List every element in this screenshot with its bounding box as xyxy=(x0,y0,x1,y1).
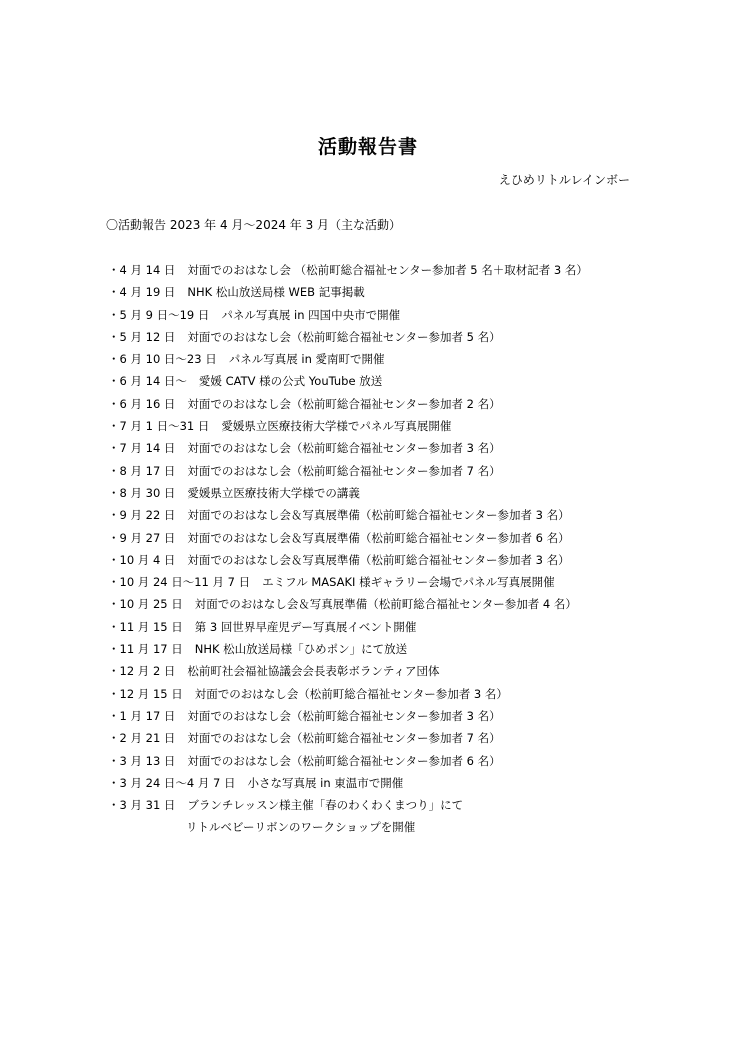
activity-item: ・11 月 15 日第 3 回世界早産児デー写真展イベント開催 xyxy=(108,619,588,641)
activity-text: 小さな写真展 in 東温市で開催 xyxy=(248,776,404,790)
activity-text: 愛媛 CATV 様の公式 YouTube 放送 xyxy=(199,374,382,388)
activity-text: 対面でのおはなし会＆写真展準備（松前町総合福祉センター参加者 4 名） xyxy=(195,597,577,611)
activity-text: 対面でのおはなし会（松前町総合福祉センター参加者 6 名） xyxy=(187,754,500,768)
activity-date: ・5 月 9 日～19 日 xyxy=(108,307,209,323)
activity-item: ・7 月 1 日～31 日愛媛県立医療技術大学様でパネル写真展開催 xyxy=(108,418,588,440)
activity-date: ・7 月 14 日 xyxy=(108,440,175,456)
page-title: 活動報告書 xyxy=(0,132,736,159)
activity-text: 松前町社会福祉協議会会長表彰ボランティア団体 xyxy=(187,664,439,678)
activity-text: 対面でのおはなし会（松前町総合福祉センター参加者 3 名） xyxy=(187,441,500,455)
activity-text: 対面でのおはなし会（松前町総合福祉センター参加者 3 名） xyxy=(195,687,508,701)
activity-date: ・11 月 15 日 xyxy=(108,619,183,635)
activity-text: パネル写真展 in 愛南町で開催 xyxy=(229,352,385,366)
activity-text: 対面でのおはなし会＆写真展準備（松前町総合福祉センター参加者 6 名） xyxy=(187,531,569,545)
activity-text: エミフル MASAKI 様ギャラリー会場でパネル写真展開催 xyxy=(262,575,554,589)
activity-text: 対面でのおはなし会（松前町総合福祉センター参加者 7 名） xyxy=(187,464,500,478)
activity-item: ・8 月 30 日愛媛県立医療技術大学様での講義 xyxy=(108,485,588,507)
activity-date: ・4 月 14 日 xyxy=(108,262,175,278)
activity-item: ・12 月 15 日対面でのおはなし会（松前町総合福祉センター参加者 3 名） xyxy=(108,686,588,708)
activity-item: ・3 月 13 日対面でのおはなし会（松前町総合福祉センター参加者 6 名） xyxy=(108,753,588,775)
activity-list: ・4 月 14 日対面でのおはなし会 （松前町総合福祉センター参加者 5 名＋取… xyxy=(108,262,588,841)
activity-item: ・3 月 31 日ブランチレッスン様主催「春のわくわくまつり」にてリトルベビーリ… xyxy=(108,797,588,841)
activity-item: ・8 月 17 日対面でのおはなし会（松前町総合福祉センター参加者 7 名） xyxy=(108,463,588,485)
activity-date: ・6 月 14 日～ xyxy=(108,373,187,389)
activity-text: 対面でのおはなし会（松前町総合福祉センター参加者 2 名） xyxy=(187,397,500,411)
activity-date: ・2 月 21 日 xyxy=(108,730,175,746)
activity-date: ・3 月 24 日～4 月 7 日 xyxy=(108,775,236,791)
organization-name: えひめリトルレインボー xyxy=(499,171,630,188)
activity-date: ・5 月 12 日 xyxy=(108,329,175,345)
activity-date: ・6 月 16 日 xyxy=(108,396,175,412)
activity-date: ・3 月 13 日 xyxy=(108,753,175,769)
activity-text: 対面でのおはなし会 （松前町総合福祉センター参加者 5 名＋取材記者 3 名） xyxy=(187,263,587,277)
activity-item: ・1 月 17 日対面でのおはなし会（松前町総合福祉センター参加者 3 名） xyxy=(108,708,588,730)
activity-text: NHK 松山放送局様「ひめポン」にて放送 xyxy=(195,642,407,656)
activity-item: ・5 月 12 日対面でのおはなし会（松前町総合福祉センター参加者 5 名） xyxy=(108,329,588,351)
activity-item: ・9 月 22 日対面でのおはなし会＆写真展準備（松前町総合福祉センター参加者 … xyxy=(108,507,588,529)
activity-date: ・4 月 19 日 xyxy=(108,284,175,300)
activity-text: 第 3 回世界早産児デー写真展イベント開催 xyxy=(195,620,417,634)
activity-date: ・12 月 2 日 xyxy=(108,663,175,679)
activity-date: ・8 月 17 日 xyxy=(108,463,175,479)
activity-text: 愛媛県立医療技術大学様でパネル写真展開催 xyxy=(221,419,451,433)
activity-date: ・11 月 17 日 xyxy=(108,641,183,657)
activity-date: ・10 月 25 日 xyxy=(108,596,183,612)
activity-item: ・3 月 24 日～4 月 7 日小さな写真展 in 東温市で開催 xyxy=(108,775,588,797)
activity-item: ・7 月 14 日対面でのおはなし会（松前町総合福祉センター参加者 3 名） xyxy=(108,440,588,462)
activity-item: ・6 月 14 日～愛媛 CATV 様の公式 YouTube 放送 xyxy=(108,373,588,395)
activity-text-continuation: リトルベビーリボンのワークショップを開催 xyxy=(108,819,588,835)
activity-item: ・10 月 25 日対面でのおはなし会＆写真展準備（松前町総合福祉センター参加者… xyxy=(108,596,588,618)
activity-date: ・10 月 4 日 xyxy=(108,552,175,568)
activity-date: ・12 月 15 日 xyxy=(108,686,183,702)
activity-text: 対面でのおはなし会＆写真展準備（松前町総合福祉センター参加者 3 名） xyxy=(187,508,569,522)
activity-text: 対面でのおはなし会（松前町総合福祉センター参加者 7 名） xyxy=(187,731,500,745)
activity-date: ・6 月 10 日～23 日 xyxy=(108,351,217,367)
activity-date: ・9 月 27 日 xyxy=(108,530,175,546)
activity-item: ・10 月 24 日～11 月 7 日エミフル MASAKI 様ギャラリー会場で… xyxy=(108,574,588,596)
activity-item: ・4 月 14 日対面でのおはなし会 （松前町総合福祉センター参加者 5 名＋取… xyxy=(108,262,588,284)
activity-date: ・7 月 1 日～31 日 xyxy=(108,418,209,434)
activity-item: ・11 月 17 日NHK 松山放送局様「ひめポン」にて放送 xyxy=(108,641,588,663)
activity-date: ・3 月 31 日 xyxy=(108,797,175,813)
activity-item: ・12 月 2 日松前町社会福祉協議会会長表彰ボランティア団体 xyxy=(108,663,588,685)
activity-item: ・2 月 21 日対面でのおはなし会（松前町総合福祉センター参加者 7 名） xyxy=(108,730,588,752)
section-heading: 〇活動報告 2023 年 4 月～2024 年 3 月（主な活動） xyxy=(106,216,401,233)
activity-item: ・5 月 9 日～19 日パネル写真展 in 四国中央市で開催 xyxy=(108,307,588,329)
activity-item: ・6 月 10 日～23 日パネル写真展 in 愛南町で開催 xyxy=(108,351,588,373)
activity-item: ・9 月 27 日対面でのおはなし会＆写真展準備（松前町総合福祉センター参加者 … xyxy=(108,530,588,552)
activity-item: ・10 月 4 日対面でのおはなし会＆写真展準備（松前町総合福祉センター参加者 … xyxy=(108,552,588,574)
activity-text: パネル写真展 in 四国中央市で開催 xyxy=(221,308,400,322)
activity-date: ・1 月 17 日 xyxy=(108,708,175,724)
activity-text: 愛媛県立医療技術大学様での講義 xyxy=(187,486,360,500)
activity-item: ・4 月 19 日NHK 松山放送局様 WEB 記事掲載 xyxy=(108,284,588,306)
activity-date: ・9 月 22 日 xyxy=(108,507,175,523)
activity-text: 対面でのおはなし会（松前町総合福祉センター参加者 3 名） xyxy=(187,709,500,723)
activity-item: ・6 月 16 日対面でのおはなし会（松前町総合福祉センター参加者 2 名） xyxy=(108,396,588,418)
activity-date: ・10 月 24 日～11 月 7 日 xyxy=(108,574,250,590)
activity-text: ブランチレッスン様主催「春のわくわくまつり」にて xyxy=(187,798,463,812)
activity-text: 対面でのおはなし会（松前町総合福祉センター参加者 5 名） xyxy=(187,330,500,344)
activity-text: 対面でのおはなし会＆写真展準備（松前町総合福祉センター参加者 3 名） xyxy=(187,553,569,567)
activity-text: NHK 松山放送局様 WEB 記事掲載 xyxy=(187,285,364,299)
activity-date: ・8 月 30 日 xyxy=(108,485,175,501)
